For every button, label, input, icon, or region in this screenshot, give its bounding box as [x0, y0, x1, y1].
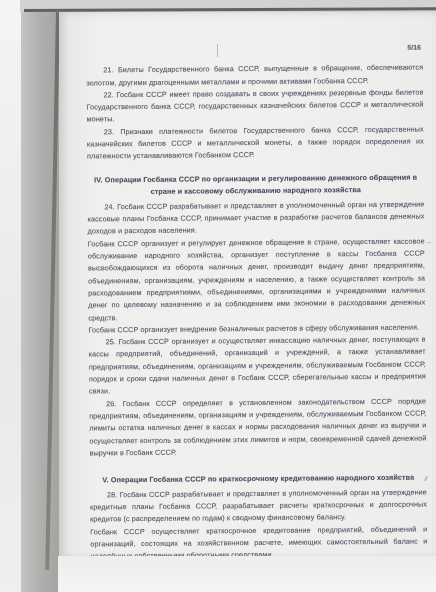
paragraph-24: 24. Госбанк СССР разрабатывает и предста…: [87, 198, 424, 238]
page-bottom-edge: [58, 556, 436, 592]
paragraph-21: 21. Билеты Государственного банка СССР, …: [86, 62, 423, 90]
scanned-document-photo: 5/16 21. Билеты Государственного банка С…: [0, 0, 436, 592]
paragraph-28-cont: Госбанк СССР осуществляет краткосрочное …: [90, 523, 427, 558]
paragraph-28: 28. Госбанк СССР разрабатывает и предста…: [90, 486, 427, 526]
page-text: 5/16 21. Билеты Государственного банка С…: [86, 43, 428, 558]
paragraph-24-cont: Госбанк СССР организует и регулирует ден…: [88, 235, 426, 324]
document-page: 5/16 21. Билеты Государственного банка С…: [59, 12, 436, 558]
paragraph-23: 23. Признаки платежности билетов Государ…: [87, 123, 424, 163]
scan-artifact: [427, 242, 431, 243]
paragraph-25: 25. Госбанк СССР организует и осуществля…: [89, 334, 427, 398]
photo-left-margin: [0, 0, 21, 592]
paragraph-22: 22. Госбанк СССР имеет право создавать в…: [86, 86, 423, 126]
paragraph-26: 26. Госбанк СССР определяет в установлен…: [89, 395, 427, 459]
section-heading-iv: IV. Операции Госбанка СССР по организаци…: [91, 171, 420, 199]
page-number: 5/16: [86, 43, 421, 58]
section-heading-v: V. Операции Госбанка СССР по краткосрочн…: [94, 472, 423, 487]
